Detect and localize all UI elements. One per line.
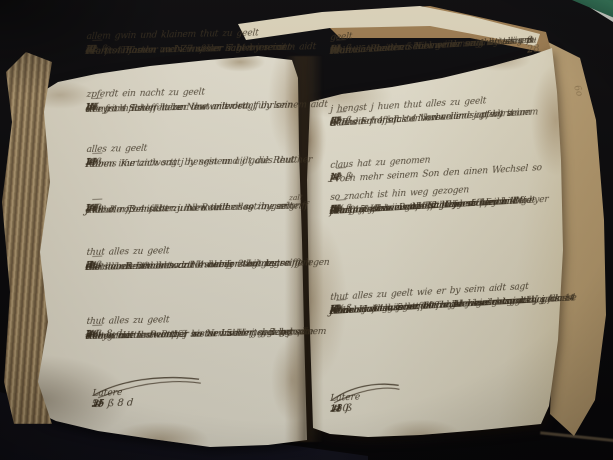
handwriting-layer: Hanns Thoman zu Newweiler sagt by seinem… [0,0,613,460]
manuscript-paragraph: Hanns Thoman zu Newweiler sagt by seinem… [86,40,292,44]
manuscript-paragraph: Wilhelm Denickht zu Newweiler sagt by se… [86,199,292,203]
manuscript-paragraph: Weyrich Scheffelt zu Newweiler sagt by s… [86,98,292,102]
left-page-total: Latere 55tt15 ß 8 d [92,391,307,399]
right-page-total: Latere 110tt13 ß [330,394,520,404]
manuscript-line: thun dan seinen sebel genomen thut alles… [329,32,536,58]
manuscript-paragraph: Claus Scheffelt zu Newweiler sagt by sei… [330,104,540,116]
manuscript-line: j kindt roß 4 silber j huen thut alles z… [85,199,294,218]
page-number: 28 [527,43,541,55]
manuscript-paragraph: Reinhardt Denckht zu Newweiler sagt by s… [86,256,292,260]
margin-note: zalt [289,193,304,203]
manuscript-paragraph: Hanns Kurtzich sagt by seinem aidt die R… [86,153,292,157]
manuscript-paragraph: Hanns Adham zu Newweiler sagt by seinema… [330,32,540,44]
manuscript-paragraph: Noch mehr seinem Son den ainen Wechsel s… [330,160,540,172]
margin-note: R ß [279,329,294,339]
dash-leader [92,199,102,200]
edge-mark: 6o [571,84,584,98]
manuscript-paragraph: Niclaus Johan Petter sagt by seinem aidt… [330,192,540,204]
manuscript-photo: Hanns Thoman zu Newweiler sagt by seinem… [0,0,613,460]
manuscript-paragraph: Klein Hannso Scheffelt zu Newweiler sagt… [330,292,540,304]
manuscript-paragraph: Weygandt Ihan Petter zu Newweiler sagt b… [86,325,292,329]
